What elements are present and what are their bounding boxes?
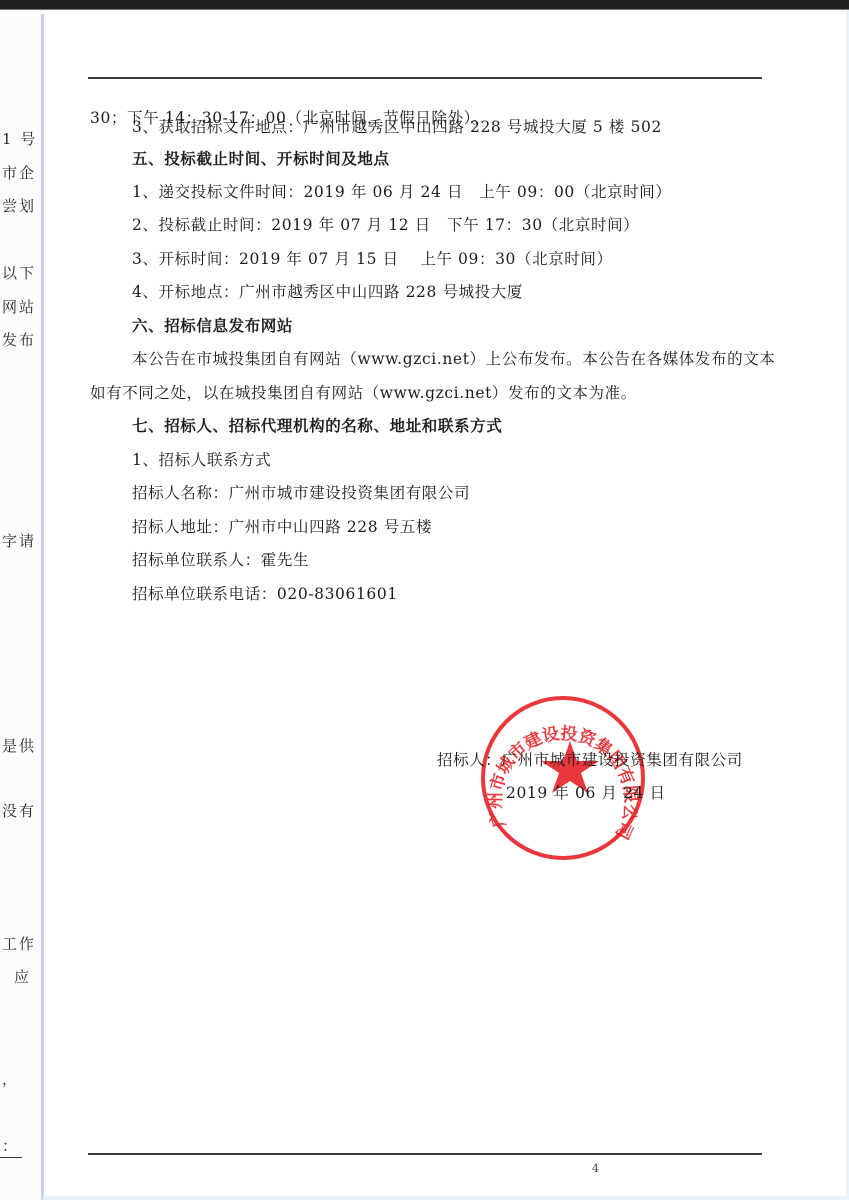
publication-paragraph-1: 本公告在市城投集团自有网站（www.gzci.net）上公布发布。本公告在各媒体… xyxy=(132,347,775,369)
previous-page-fragment: 工作 xyxy=(2,933,36,954)
contact-person: 招标单位联系人：霍先生 xyxy=(132,548,309,570)
bid-opening-location: 4、开标地点：广州市越秀区中山四路 228 号城投大厦 xyxy=(132,280,523,302)
bid-submit-time: 1、递交投标文件时间：2019 年 06 月 24 日 上午 09：00（北京时… xyxy=(132,180,671,202)
previous-page-fragment: 发布 xyxy=(2,329,36,350)
previous-page-footer-rule xyxy=(0,1157,22,1158)
previous-page-fragment: 应 xyxy=(14,966,31,987)
previous-page-fragment: 没有 xyxy=(2,800,36,821)
scanner-top-bar xyxy=(0,0,849,10)
previous-page-fragment: ： xyxy=(2,1135,19,1156)
previous-page-fragment: 网站 xyxy=(2,296,36,317)
tenderer-name: 招标人名称：广州市城市建设投资集团有限公司 xyxy=(132,481,470,503)
page-divider xyxy=(41,14,44,1200)
previous-page-fragment: 尝划 xyxy=(2,195,36,216)
signature-signer: 招标人：广州市城市建设投资集团有限公司 xyxy=(437,748,743,770)
previous-page-fragment: 市企 xyxy=(2,162,36,183)
bid-opening-time: 3、开标时间：2019 年 07 月 15 日 上午 09：30（北京时间） xyxy=(132,247,613,269)
section-heading-7: 七、招标人、招标代理机构的名称、地址和联系方式 xyxy=(132,414,502,436)
publication-paragraph-2: 如有不同之处，以在城投集团自有网站（www.gzci.net）发布的文本为准。 xyxy=(90,381,637,403)
footer-rule xyxy=(88,1153,762,1155)
doc-location-line: 3、获取招标文件地点：广州市越秀区中山四路 228 号城投大厦 5 楼 502 xyxy=(132,115,662,137)
page-bottom-edge xyxy=(43,1196,849,1200)
previous-page-fragment: ， xyxy=(2,1068,19,1089)
section-heading-6: 六、招标信息发布网站 xyxy=(132,314,293,336)
tenderer-address: 招标人地址：广州市中山四路 228 号五楼 xyxy=(132,515,432,537)
page-number: 4 xyxy=(592,1162,599,1175)
previous-page-fragment: 是供 xyxy=(2,735,36,756)
signature-date: 2019 年 06 月 24 日 xyxy=(506,781,666,803)
previous-page-fragment: 字请 xyxy=(2,530,36,551)
official-seal-stamp: 广州市城市建设投资集团有限公司 xyxy=(478,695,648,865)
section-heading-5: 五、投标截止时间、开标时间及地点 xyxy=(132,147,390,169)
previous-page-fragment: 以下 xyxy=(2,262,36,283)
header-rule xyxy=(88,77,762,79)
bid-deadline: 2、投标截止时间：2019 年 07 月 12 日 下午 17：30（北京时间） xyxy=(132,213,639,235)
contact-phone: 招标单位联系电话：020-83061601 xyxy=(132,582,398,604)
previous-page-margin xyxy=(0,10,43,1200)
contact-subheading: 1、招标人联系方式 xyxy=(132,448,271,470)
previous-page-fragment: 1 号 xyxy=(2,128,37,149)
